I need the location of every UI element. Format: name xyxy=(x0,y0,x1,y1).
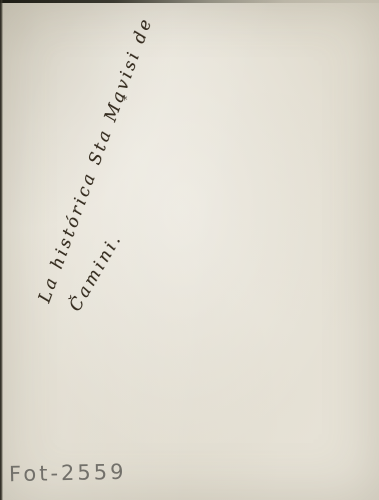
scanned-photo-back: La histórica Sta Mavisi de Čamini. ⁎ Fot… xyxy=(0,0,379,500)
scan-edge-left xyxy=(0,0,3,500)
catalog-number-pencil: Fot-2559 xyxy=(9,460,127,486)
scan-edge-top xyxy=(0,0,379,3)
ink-blot-mark: ⁎ xyxy=(122,90,128,103)
